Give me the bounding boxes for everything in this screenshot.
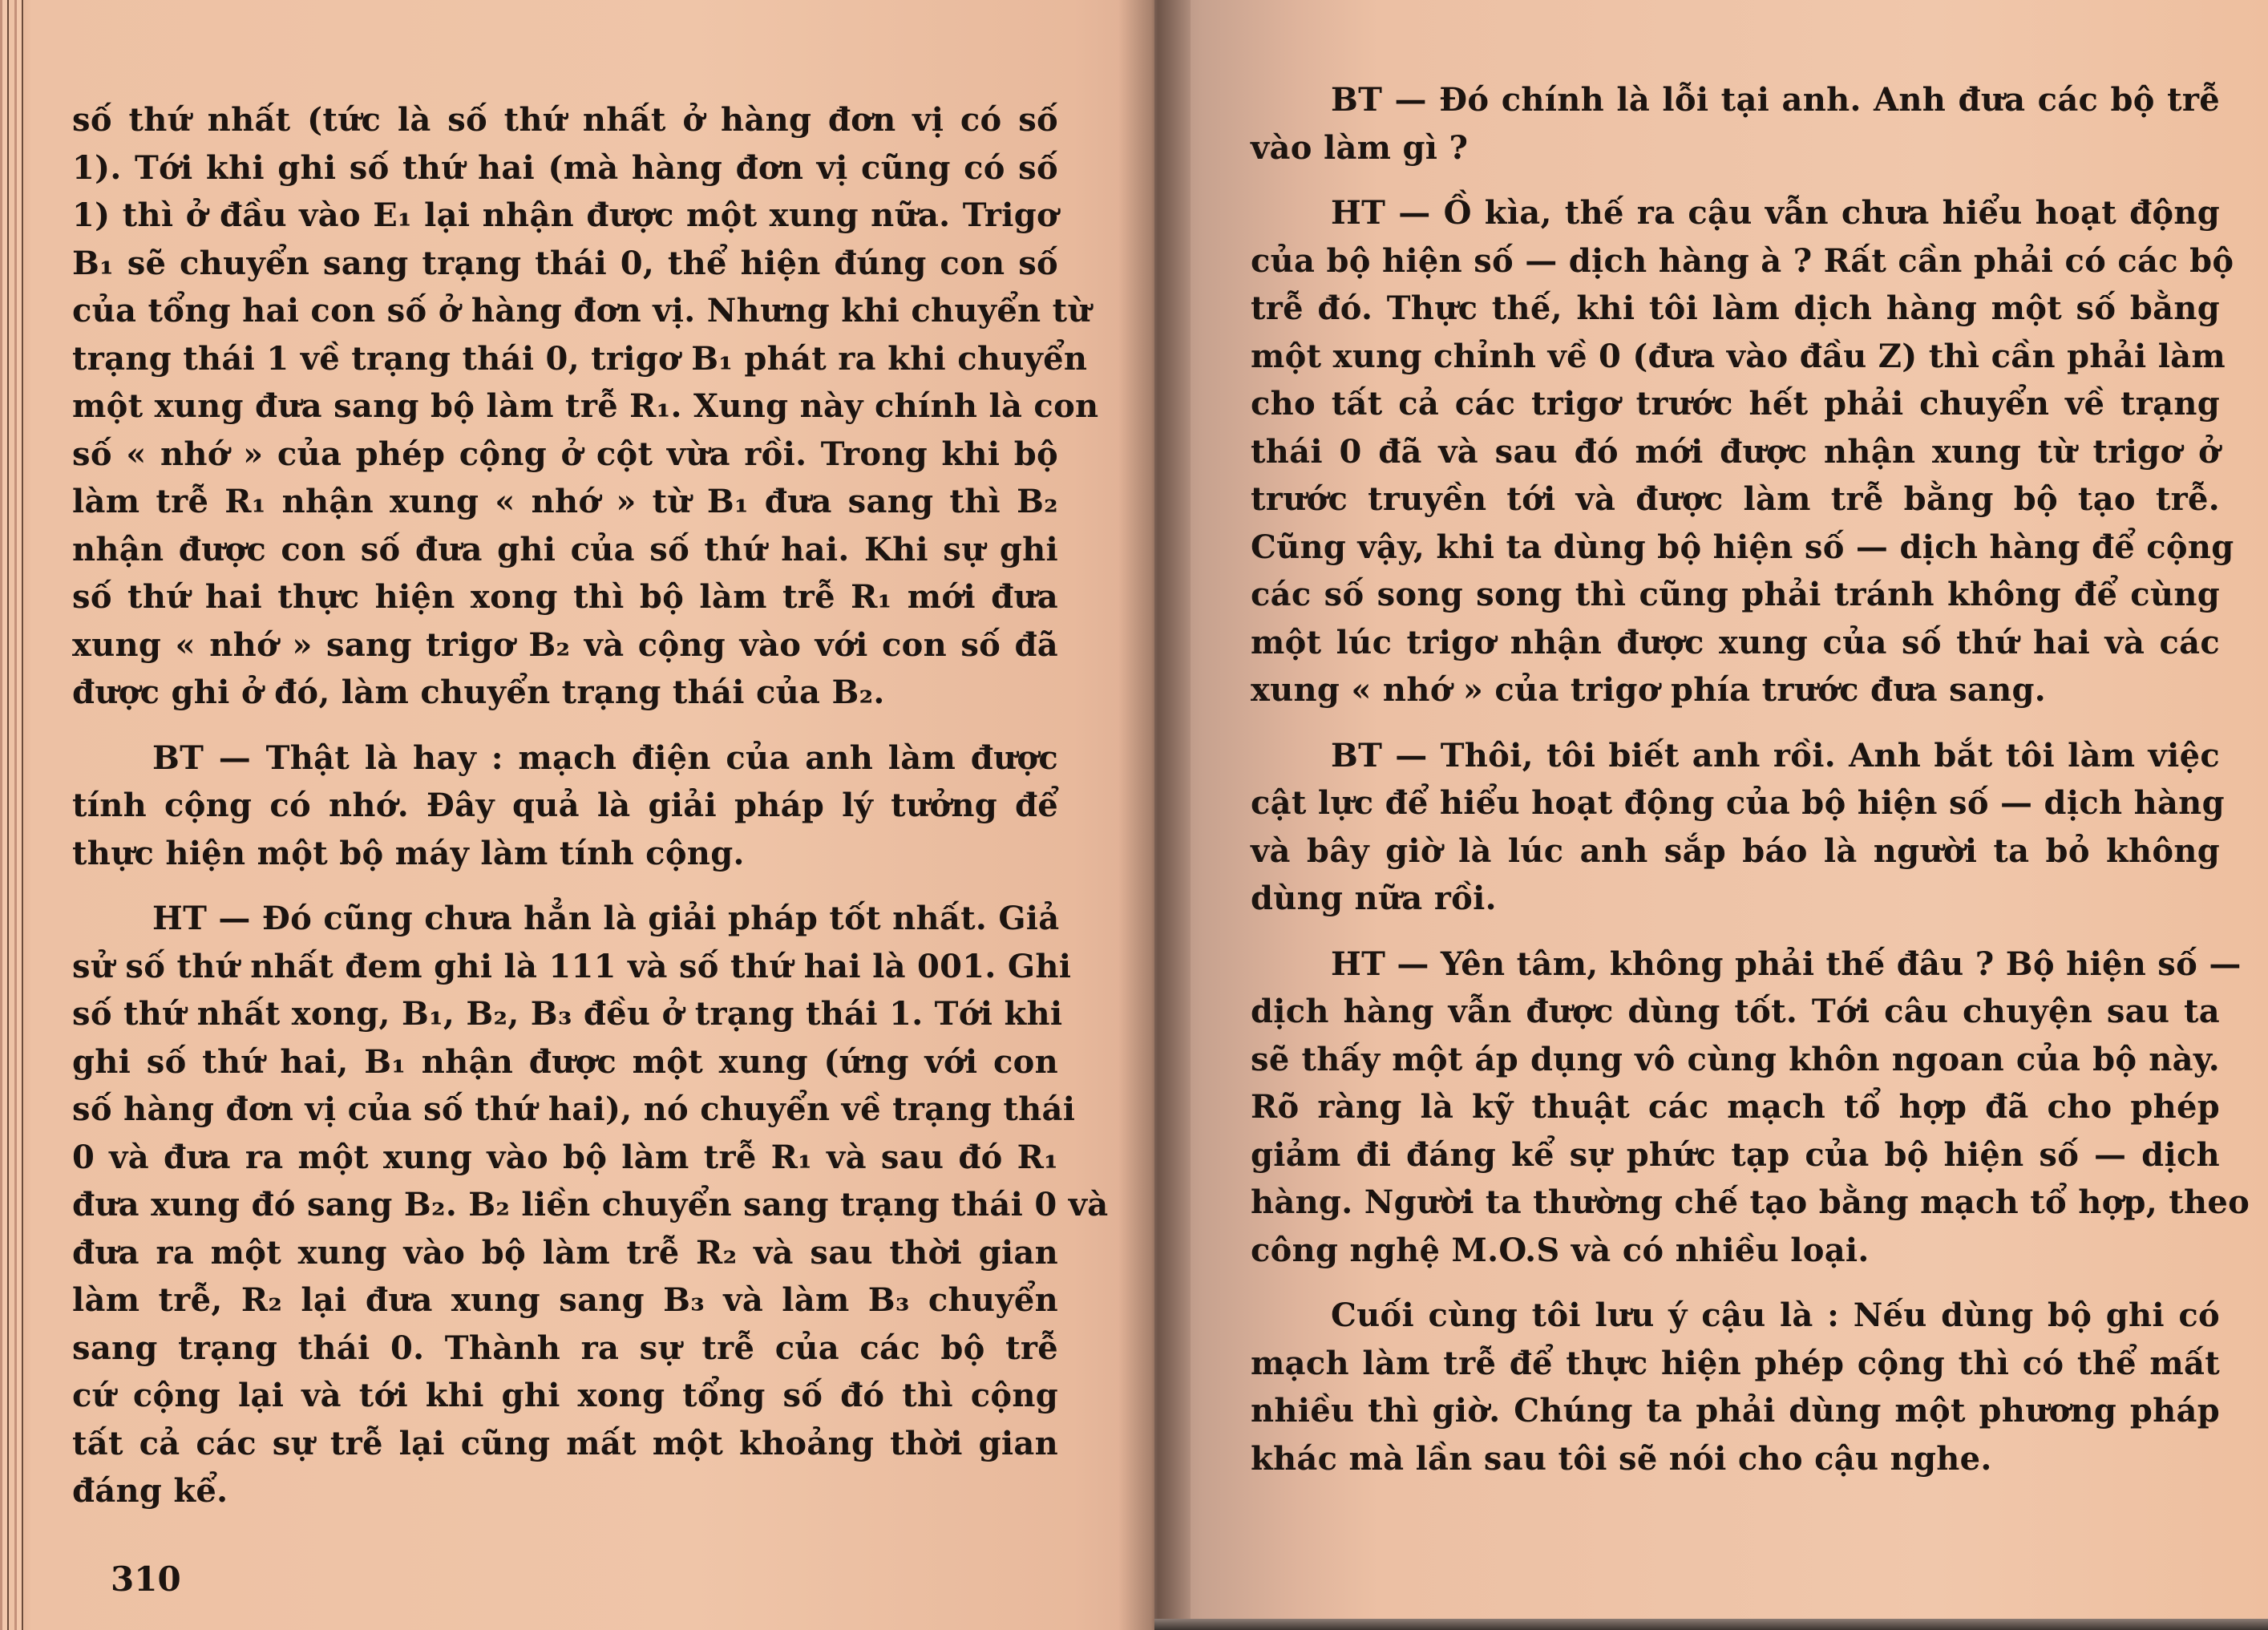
text-line: Cũng vậy, khi ta dùng bộ hiện số — dịch … (1251, 524, 2220, 572)
text-line: dùng nữa rồi. (1251, 875, 2220, 923)
spine-gutter (1118, 0, 1191, 1630)
text-line: mạch làm trễ để thực hiện phép cộng thì … (1251, 1340, 2220, 1388)
text-line: cứ cộng lại và tới khi ghi xong tổng số … (72, 1372, 1058, 1420)
text-line: xung « nhớ » sang trigơ B₂ và cộng vào v… (72, 621, 1058, 669)
text-line: dịch hàng vẫn được dùng tốt. Tới câu chu… (1251, 988, 2220, 1036)
text-line: trước truyền tới và được làm trễ bằng bộ… (1251, 475, 2220, 524)
text-line: đưa ra một xung vào bộ làm trễ R₂ và sau… (72, 1229, 1058, 1277)
paragraph: BT — Thôi, tôi biết anh rồi. Anh bắt tôi… (1251, 732, 2220, 923)
text-line: khác mà lần sau tôi sẽ nói cho cậu nghe. (1251, 1435, 2220, 1483)
text-line: một xung chỉnh về 0 (đưa vào đầu Z) thì … (1251, 333, 2220, 381)
paragraph: HT — Đó cũng chưa hẳn là giải pháp tốt n… (72, 895, 1058, 1515)
text-line: trạng thái 1 về trạng thái 0, trigơ B₁ p… (72, 335, 1058, 383)
page-number-left: 310 (111, 1559, 181, 1599)
text-line: Rõ ràng là kỹ thuật các mạch tổ hợp đã c… (1251, 1083, 2220, 1131)
text-line: 0 và đưa ra một xung vào bộ làm trễ R₁ v… (72, 1134, 1058, 1182)
paragraph: BT — Đó chính là lỗi tại anh. Anh đưa cá… (1251, 76, 2220, 172)
left-page-body: số thứ nhất (tức là số thứ nhất ở hàng đ… (72, 96, 1058, 1515)
text-line: HT — Đó cũng chưa hẳn là giải pháp tốt n… (72, 895, 1058, 943)
text-line: HT — Yên tâm, không phải thế đâu ? Bộ hi… (1251, 940, 2220, 989)
text-line: Cuối cùng tôi lưu ý cậu là : Nếu dùng bộ… (1251, 1292, 2220, 1340)
text-line: BT — Thôi, tôi biết anh rồi. Anh bắt tôi… (1251, 732, 2220, 780)
text-line: ghi số thứ hai, B₁ nhận được một xung (ứ… (72, 1038, 1058, 1086)
text-line: làm trễ, R₂ lại đưa xung sang B₃ và làm … (72, 1276, 1058, 1325)
paragraph: số thứ nhất (tức là số thứ nhất ở hàng đ… (72, 96, 1058, 717)
page-edges (0, 0, 24, 1630)
text-line: đáng kể. (72, 1467, 1058, 1515)
text-line: HT — Ồ kìa, thế ra cậu vẫn chưa hiểu hoạ… (1251, 189, 2220, 237)
text-line: số hàng đơn vị của số thứ hai), nó chuyể… (72, 1086, 1058, 1134)
text-line: sẽ thấy một áp dụng vô cùng khôn ngoan c… (1251, 1036, 2220, 1084)
text-line: các số song song thì cũng phải tránh khô… (1251, 571, 2220, 619)
text-line: tất cả các sự trễ lại cũng mất một khoản… (72, 1420, 1058, 1468)
text-line: BT — Thật là hay : mạch điện của anh làm… (72, 734, 1058, 783)
text-line: 1). Tới khi ghi số thứ hai (mà hàng đơn … (72, 144, 1058, 192)
text-line: nhận được con số đưa ghi của số thứ hai.… (72, 526, 1058, 574)
text-line: đưa xung đó sang B₂. B₂ liền chuyển sang… (72, 1181, 1058, 1229)
book-spread: số thứ nhất (tức là số thứ nhất ở hàng đ… (0, 0, 2268, 1630)
text-line: BT — Đó chính là lỗi tại anh. Anh đưa cá… (1251, 76, 2220, 124)
text-line: thái 0 đã và sau đó mới được nhận xung t… (1251, 428, 2220, 476)
text-line: nhiều thì giờ. Chúng ta phải dùng một ph… (1251, 1387, 2220, 1435)
text-line: công nghệ M.O.S và có nhiều loại. (1251, 1227, 2220, 1275)
text-line: hàng. Người ta thường chế tạo bằng mạch … (1251, 1179, 2220, 1227)
text-line: B₁ sẽ chuyển sang trạng thái 0, thể hiện… (72, 240, 1058, 288)
right-page: BT — Đó chính là lỗi tại anh. Anh đưa cá… (1154, 0, 2268, 1630)
text-line: cho tất cả các trigơ trước hết phải chuy… (1251, 380, 2220, 428)
text-line: số thứ hai thực hiện xong thì bộ làm trễ… (72, 573, 1058, 621)
text-line: số thứ nhất (tức là số thứ nhất ở hàng đ… (72, 96, 1058, 144)
text-line: 1) thì ở đầu vào E₁ lại nhận được một xu… (72, 192, 1058, 240)
paragraph: Cuối cùng tôi lưu ý cậu là : Nếu dùng bộ… (1251, 1292, 2220, 1482)
text-line: một lúc trigơ nhận được xung của số thứ … (1251, 619, 2220, 667)
text-line: tính cộng có nhớ. Đây quả là giải pháp l… (72, 782, 1058, 830)
paragraph: HT — Ồ kìa, thế ra cậu vẫn chưa hiểu hoạ… (1251, 189, 2220, 714)
text-line: trễ đó. Thực thế, khi tôi làm dịch hàng … (1251, 285, 2220, 333)
text-line: xung « nhớ » của trigơ phía trước đưa sa… (1251, 666, 2220, 714)
text-line: vào làm gì ? (1251, 124, 2220, 172)
text-line: làm trễ R₁ nhận xung « nhớ » từ B₁ đưa s… (72, 478, 1058, 526)
text-line: thực hiện một bộ máy làm tính cộng. (72, 830, 1058, 878)
paragraph: BT — Thật là hay : mạch điện của anh làm… (72, 734, 1058, 878)
text-line: và bây giờ là lúc anh sắp báo là người t… (1251, 827, 2220, 876)
text-line: được ghi ở đó, làm chuyển trạng thái của… (72, 669, 1058, 717)
page-bottom-edge (1154, 1619, 2268, 1630)
text-line: một xung đưa sang bộ làm trễ R₁. Xung nà… (72, 382, 1058, 431)
text-line: sử số thứ nhất đem ghi là 111 và số thứ … (72, 943, 1058, 991)
paragraph: HT — Yên tâm, không phải thế đâu ? Bộ hi… (1251, 940, 2220, 1275)
text-line: của bộ hiện số — dịch hàng à ? Rất cần p… (1251, 237, 2220, 285)
text-line: số « nhớ » của phép cộng ở cột vừa rồi. … (72, 431, 1058, 479)
text-line: giảm đi đáng kể sự phức tạp của bộ hiện … (1251, 1131, 2220, 1179)
text-line: số thứ nhất xong, B₁, B₂, B₃ đều ở trạng… (72, 990, 1058, 1038)
text-line: của tổng hai con số ở hàng đơn vị. Nhưng… (72, 287, 1058, 335)
text-line: cật lực để hiểu hoạt động của bộ hiện số… (1251, 779, 2220, 827)
right-page-body: BT — Đó chính là lỗi tại anh. Anh đưa cá… (1251, 76, 2220, 1482)
text-line: sang trạng thái 0. Thành ra sự trễ của c… (72, 1325, 1058, 1373)
left-page: số thứ nhất (tức là số thứ nhất ở hàng đ… (0, 0, 1154, 1630)
